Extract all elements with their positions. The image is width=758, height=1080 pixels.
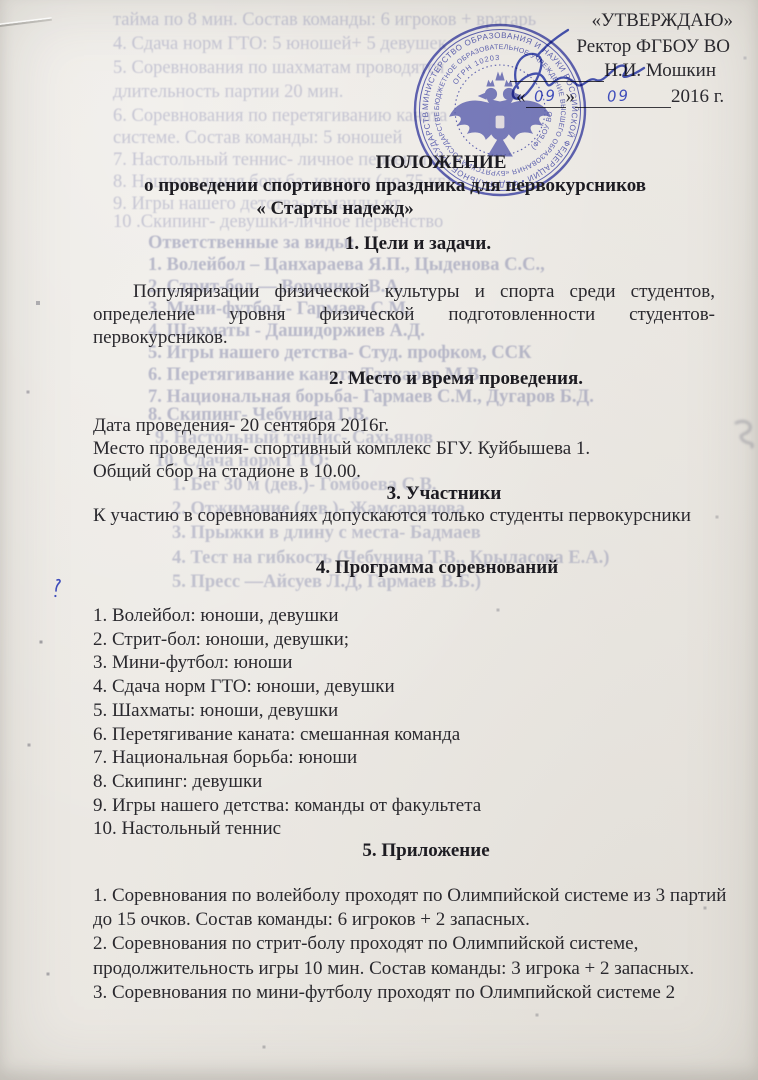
section-1-heading: 1. Цели и задачи. [107,233,729,255]
appendix-paragraph: 1. Соревнования по волейболу проходят по… [93,884,729,932]
participants-line: К участию в соревнованиях допускаются то… [93,505,691,527]
event-date-line: Дата проведения- 20 сентября 2016г. [93,414,590,437]
document-event-name: « Старты надежд» [24,198,646,220]
bleed-through-line: 1. Волейбол – Цанхараева Я.П., Цыденова … [148,255,545,276]
appendix-paragraph: 3. Соревнования по мини-футболу проходят… [93,981,729,1005]
program-item: 6. Перетягивание каната: смешанная коман… [93,723,481,747]
appendix-block: 1. Соревнования по волейболу проходят по… [93,884,729,1005]
scanned-document-page: тайма по 8 мин. Состав команды: 6 игроко… [0,0,758,1080]
goals-paragraph-line: Популяризации физической культуры и спор… [93,280,715,303]
goals-paragraph-line: первокурсников. [93,326,715,349]
ink-flick-mark [50,577,64,599]
section-4-heading: 4. Программа соревнований [126,557,748,579]
edge-smudge-mark [728,415,758,451]
section-2-heading: 2. Место и время проведения. [145,368,758,390]
program-item: 8. Скипинг: девушки [93,770,481,794]
section-5-heading: 5. Приложение [115,840,737,862]
program-item: 4. Сдача норм ГТО: юноши, девушки [93,675,481,699]
event-gathering-line: Общий сбор на стадионе в 10.00. [93,460,590,483]
program-item: 7. Национальная борьба: юноши [93,746,481,770]
bleed-through-line: 4. Сдача норм ГТО: 5 юношей+ 5 девушек [113,34,447,55]
goals-paragraph-line: определение уровня физической подготовле… [93,303,715,326]
appendix-paragraph: 2. Соревнования по стрит-болу проходят п… [93,932,729,980]
document-title: ПОЛОЖЕНИЕ [130,152,752,174]
program-item: 10. Настольный теннис [93,817,481,841]
bleed-through-line: длительность партии 20 мин. [113,82,343,103]
bleed-through-line: системе. Состав команды: 5 юношей [113,128,402,149]
program-list: 1. Волейбол: юноши, девушки 2. Стрит-бол… [93,604,481,841]
program-item: 2. Стрит-бол: юноши, девушки; [93,628,481,652]
program-item: 9. Игры нашего детства: команды от факул… [93,794,481,818]
paper-specks [0,0,2,2]
program-item: 3. Мини-футбол: юноши [93,651,481,675]
staple-scratch-mark [0,19,52,28]
bleed-through-line: 5. Соревнования по шахматам проводятся [113,58,444,79]
date-year: 2016 г. [671,86,724,107]
bleed-through-line: 6. Соревнования по перетягиванию каната [113,106,447,127]
document-subtitle: о проведении спортивного праздника для п… [84,175,706,197]
section-3-heading: 3. Участники [133,483,755,505]
event-place-line: Место проведения- спортивный комплекс БГ… [93,437,590,460]
program-item: 5. Шахматы: юноши, девушки [93,699,481,723]
program-item: 1. Волейбол: юноши, девушки [93,604,481,628]
